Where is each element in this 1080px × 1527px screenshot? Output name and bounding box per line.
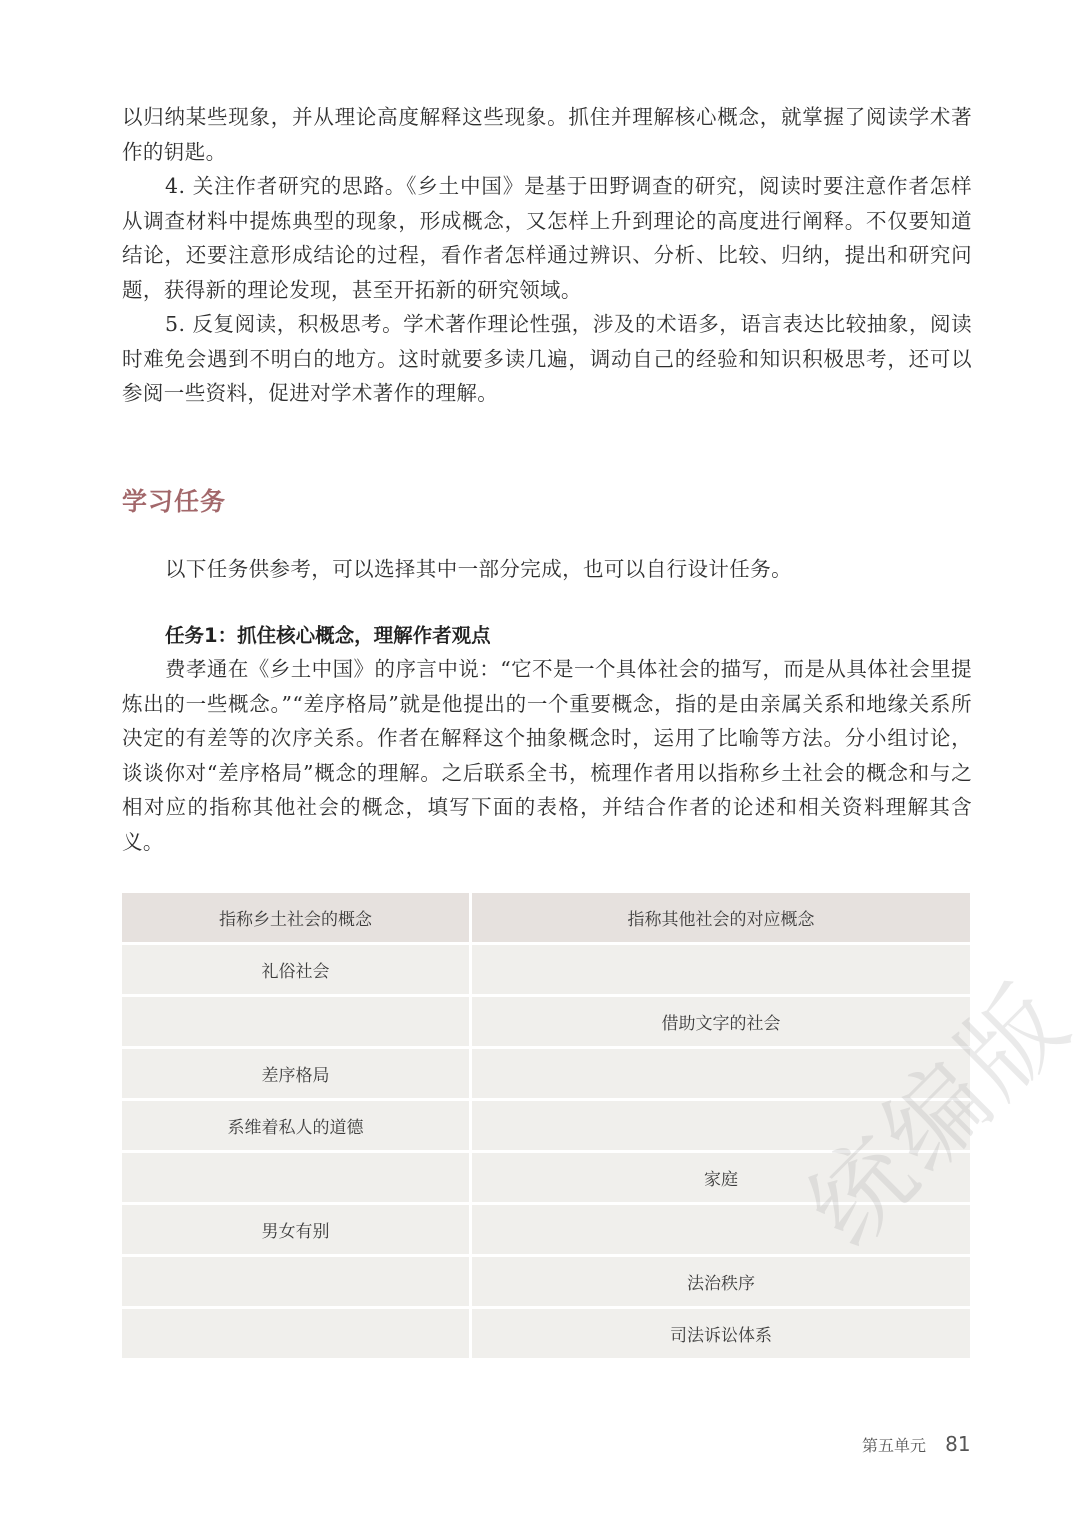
- table-row: 司法诉讼体系: [122, 1309, 970, 1361]
- textbook-page: 以归纳某些现象，并从理论高度解释这些现象。抓住并理解核心概念，就掌握了阅读学术著…: [0, 0, 1080, 1527]
- page-footer: 第五单元 81: [862, 1432, 971, 1456]
- section-intro: 以下任务供参考，可以选择其中一部分完成，也可以自行设计任务。: [165, 552, 792, 582]
- section-heading: 学习任务: [122, 482, 226, 518]
- table-cell[interactable]: 法治秩序: [472, 1257, 970, 1309]
- table-cell[interactable]: 系维着私人的道德: [122, 1101, 472, 1153]
- table-cell[interactable]: 司法诉讼体系: [472, 1309, 970, 1361]
- table-cell[interactable]: [472, 1205, 970, 1257]
- table-row: 系维着私人的道德: [122, 1101, 970, 1153]
- table-cell[interactable]: 借助文字的社会: [472, 997, 970, 1049]
- table-row: 差序格局: [122, 1049, 970, 1101]
- table-cell[interactable]: 礼俗社会: [122, 945, 472, 997]
- header-other-concept: 指称其他社会的对应概念: [472, 893, 970, 945]
- table-cell[interactable]: 男女有别: [122, 1205, 472, 1257]
- table-row: 借助文字的社会: [122, 997, 970, 1049]
- table-cell[interactable]: [122, 1309, 472, 1361]
- table-cell[interactable]: [122, 1257, 472, 1309]
- header-rural-concept: 指称乡土社会的概念: [122, 893, 472, 945]
- table-cell[interactable]: [122, 997, 472, 1049]
- paragraph-point-5: 5. 反复阅读，积极思考。学术著作理论性强，涉及的术语多，语言表达比较抽象，阅读…: [122, 307, 972, 411]
- paragraph-continuation: 以归纳某些现象，并从理论高度解释这些现象。抓住并理解核心概念，就掌握了阅读学术著…: [122, 100, 972, 169]
- page-number: 81: [945, 1432, 970, 1456]
- table-cell[interactable]: [472, 1049, 970, 1101]
- table-header-row: 指称乡土社会的概念 指称其他社会的对应概念: [122, 893, 970, 945]
- table-cell[interactable]: 家庭: [472, 1153, 970, 1205]
- table-row: 男女有别: [122, 1205, 970, 1257]
- table-row: 法治秩序: [122, 1257, 970, 1309]
- task-1-title: 任务1：抓住核心概念，理解作者观点: [165, 620, 491, 648]
- table-row: 礼俗社会: [122, 945, 970, 997]
- concepts-table: 指称乡土社会的概念 指称其他社会的对应概念 礼俗社会 借助文字的社会 差序格局 …: [122, 893, 970, 1361]
- task-1-text: 费孝通在《乡土中国》的序言中说：“它不是一个具体社会的描写，而是从具体社会里提炼…: [122, 652, 972, 859]
- table-cell[interactable]: [472, 1101, 970, 1153]
- table-row: 家庭: [122, 1153, 970, 1205]
- unit-label: 第五单元: [862, 1436, 926, 1455]
- paragraph-point-4: 4. 关注作者研究的思路。《乡土中国》是基于田野调查的研究，阅读时要注意作者怎样…: [122, 169, 972, 307]
- table-cell[interactable]: [122, 1153, 472, 1205]
- table-cell[interactable]: 差序格局: [122, 1049, 472, 1101]
- table-cell[interactable]: [472, 945, 970, 997]
